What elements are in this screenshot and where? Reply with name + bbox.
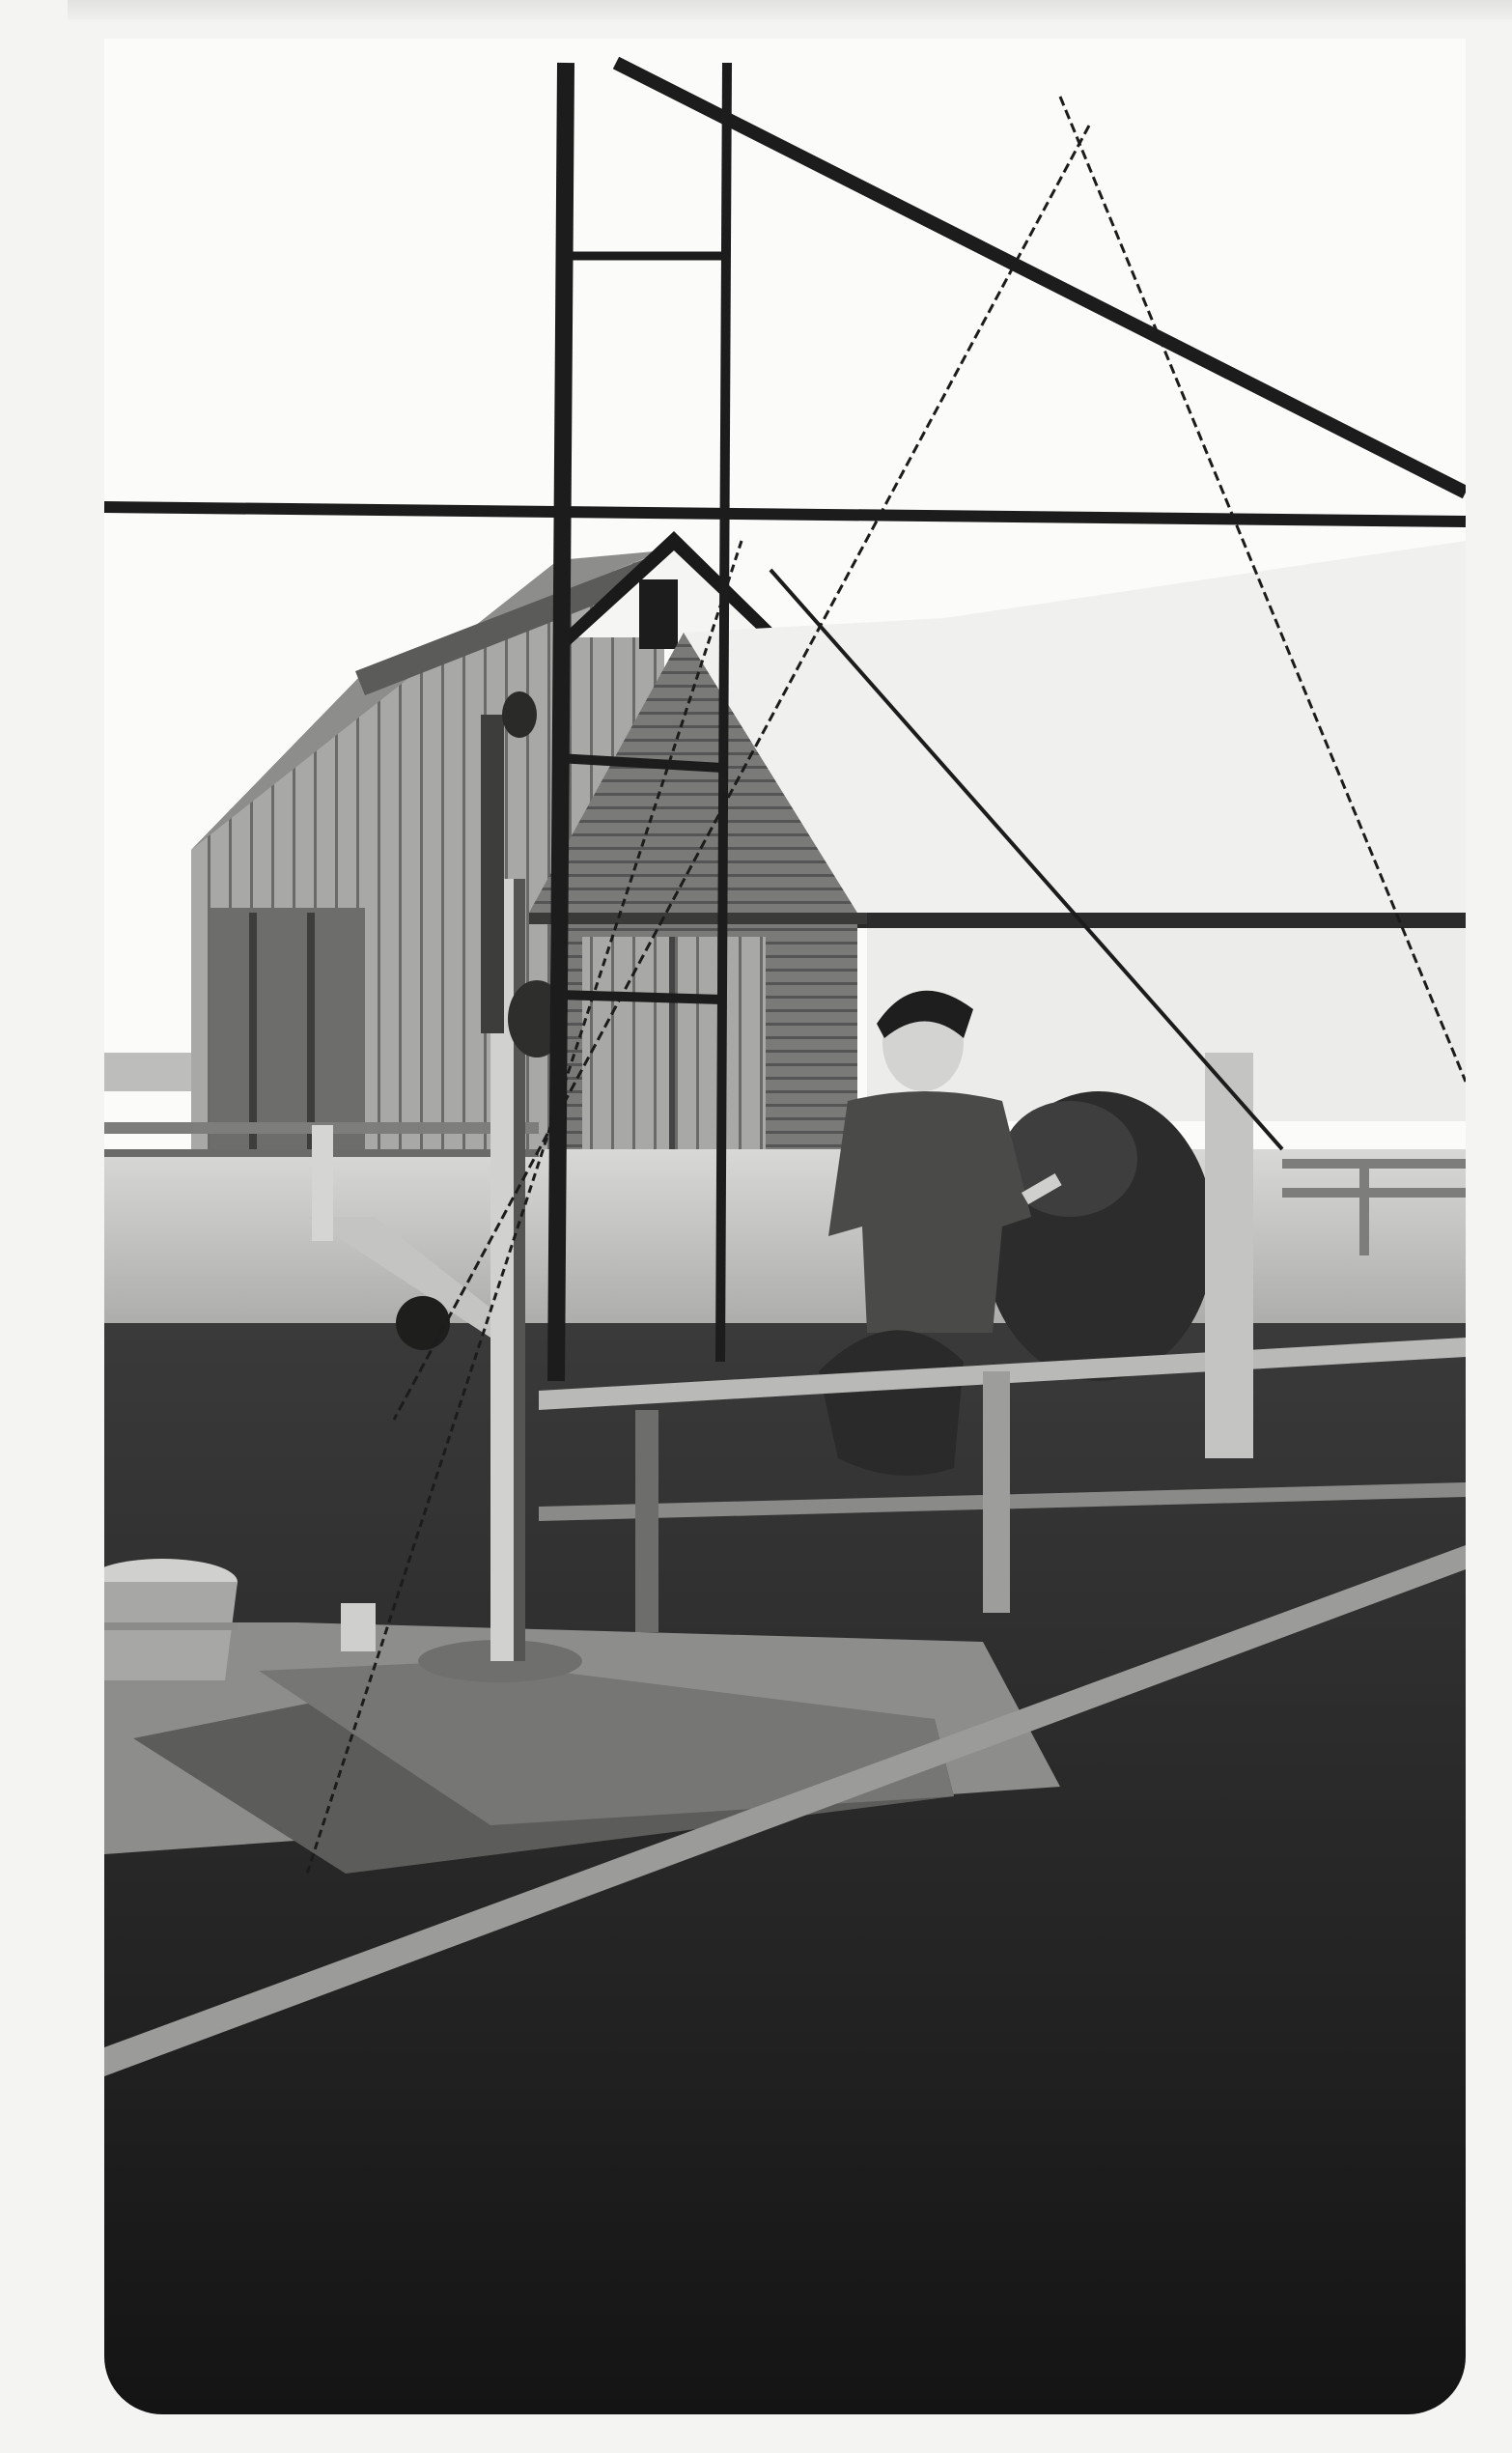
photo-scene <box>104 39 1466 2414</box>
tin-cup <box>341 1603 376 1651</box>
print-top-edge <box>68 0 1512 19</box>
photograph: Woman standing by a wooden fence near a … <box>104 39 1466 2414</box>
wash-tub <box>104 1559 238 1680</box>
